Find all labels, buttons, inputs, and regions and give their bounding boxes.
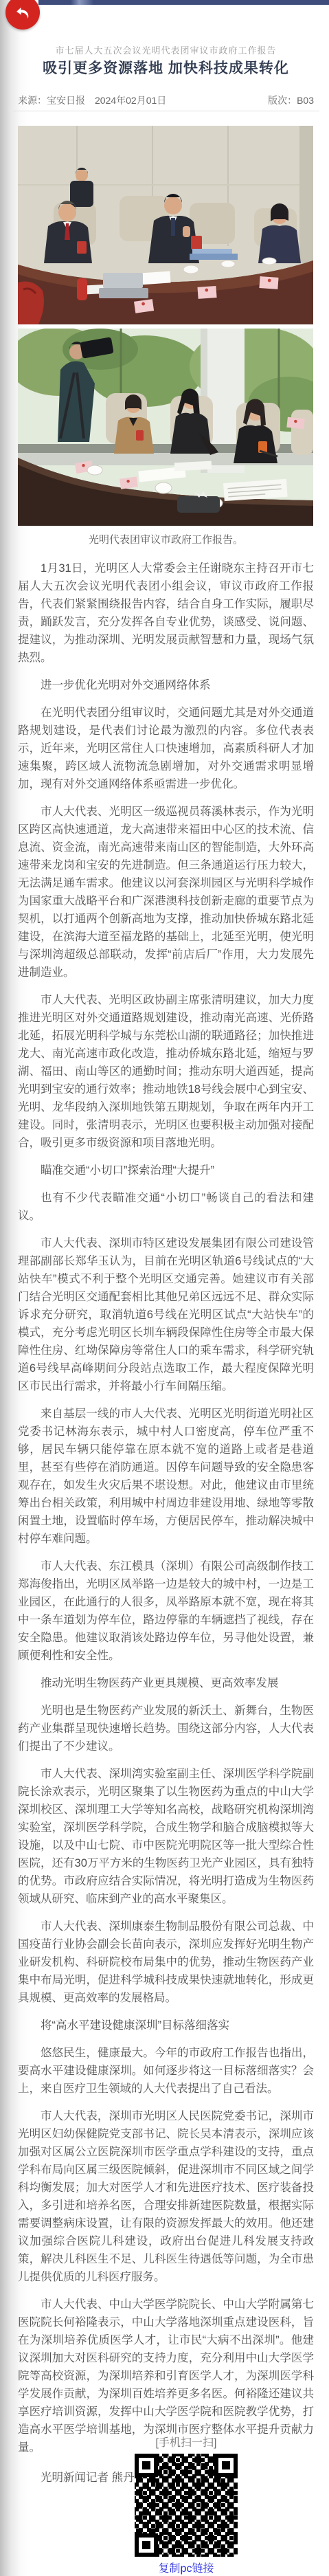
article-body: 1月31日，光明区人大常委会主任谢晓东主持召开市七届人大五次会议光明代表团小组会… [18, 550, 314, 2496]
qr-finder-icon [214, 2454, 238, 2477]
article-paragraph: 也有不少代表瞄准交通“小切口”畅谈自己的看法和建议。 [18, 1189, 314, 1225]
article-subhead: 推动光明生物医药产业更具规模、更高效率发展 [18, 1674, 314, 1692]
back-button[interactable] [5, 0, 40, 30]
article-subhead: 瞄准交通“小切口”探索治理“大提升” [18, 1162, 314, 1179]
back-icon [13, 4, 32, 25]
article-subhead: 进一步优化光明对外交通网络体系 [18, 676, 314, 694]
meeting-photo-1 [18, 126, 313, 324]
top-accent-bar [38, 0, 329, 5]
article-paragraph: 市人大代表、东江模具（深圳）有限公司高级制作技工郑海俊指出，光明区凤举路一边是较… [18, 1557, 314, 1665]
article-paragraph: 市人大代表、中山大学医学院院长、中山大学附属第七医院院长何裕隆表示，中山大学落地… [18, 2296, 314, 2456]
article-paragraph: 市人大代表、深圳湾实验室副主任、深圳医学科学院副院长涂欢表示，光明区聚集了以生物… [18, 1765, 314, 1908]
article-subhead: 将“高水平建设健康深圳”目标落细落实 [18, 2017, 314, 2034]
scan-hint-label: [手机扫一扫] [43, 2434, 329, 2450]
page-root: 市七届人大五次会议光明代表团审议市政府工作报告 吸引更多资源落地 加快科技成果转… [0, 0, 329, 2576]
article-paragraph: 1月31日，光明区人大常委会主任谢晓东主持召开市七届人大五次会议光明代表团小组会… [18, 559, 314, 667]
article-paragraph: 光明也是生物医药产业发展的新沃土、新舞台，生物医药产业集群呈现快速增长趋势。围绕… [18, 1702, 314, 1755]
article-paragraph: 市人大代表、深圳康泰生物制品股份有限公司总裁、中国疫苗行业协会副会长苗向表示，深… [18, 1918, 314, 2007]
copy-pc-link[interactable]: 复制pc链接 [159, 2563, 214, 2575]
footer-share-block: [手机扫一扫] 复制pc链接 [43, 2434, 329, 2575]
qr-finder-icon [135, 2454, 158, 2477]
source-label: 来源：宝安日报 [18, 95, 85, 106]
article-paragraph-list: 1月31日，光明区人大常委会主任谢晓东主持召开市七届人大五次会议光明代表团小组会… [18, 559, 314, 2456]
article-paragraph: 市人大代表，深圳市光明区人民医院党委书记，深圳市光明区妇幼保健院党支部书记、院长… [18, 2107, 314, 2286]
meeting-photo-2 [18, 329, 313, 526]
article-meta: 来源：宝安日报2024年02月01日 版次：B03 [18, 93, 314, 107]
qr-code [135, 2454, 238, 2557]
photo-caption: 光明代表团审议市政府工作报告。 [18, 532, 314, 546]
page-title: 吸引更多资源落地 加快科技成果转化 [11, 57, 321, 78]
article-paragraph: 在光明代表团分组审议时，交通问题尤其是对外交通道路规划建设，是代表们讨论最为激烈… [18, 704, 314, 793]
article-paragraph: 市人大代表、深圳市特区建设发展集团有限公司建设管理部副部长郑华玉认为，目前在光明… [18, 1234, 314, 1395]
article-kicker: 市七届人大五次会议光明代表团审议市政府工作报告 [18, 43, 314, 56]
article-paragraph: 来自基层一线的市人大代表、光明区光明街道光明社区党委书记林海东表示，城中村人口密… [18, 1405, 314, 1548]
edition-label: 版次：B03 [268, 93, 314, 107]
article-paragraph: 市人大代表、光明区政协副主席张清明建议，加大力度推进光明区对外交通道路规划建设，… [18, 991, 314, 1152]
header-divider [13, 111, 319, 111]
publish-date: 2024年02月01日 [95, 95, 166, 106]
qr-finder-icon [135, 2533, 158, 2557]
article-paragraph: 市人大代表、光明区一级巡视员蒋溪林表示，作为光明区跨区高快速通道，龙大高速带来福… [18, 803, 314, 981]
article-paragraph: 悠悠民生，健康最大。今年的市政府工作报告也指出，要高水平建设健康深圳。如何逐步将… [18, 2044, 314, 2098]
